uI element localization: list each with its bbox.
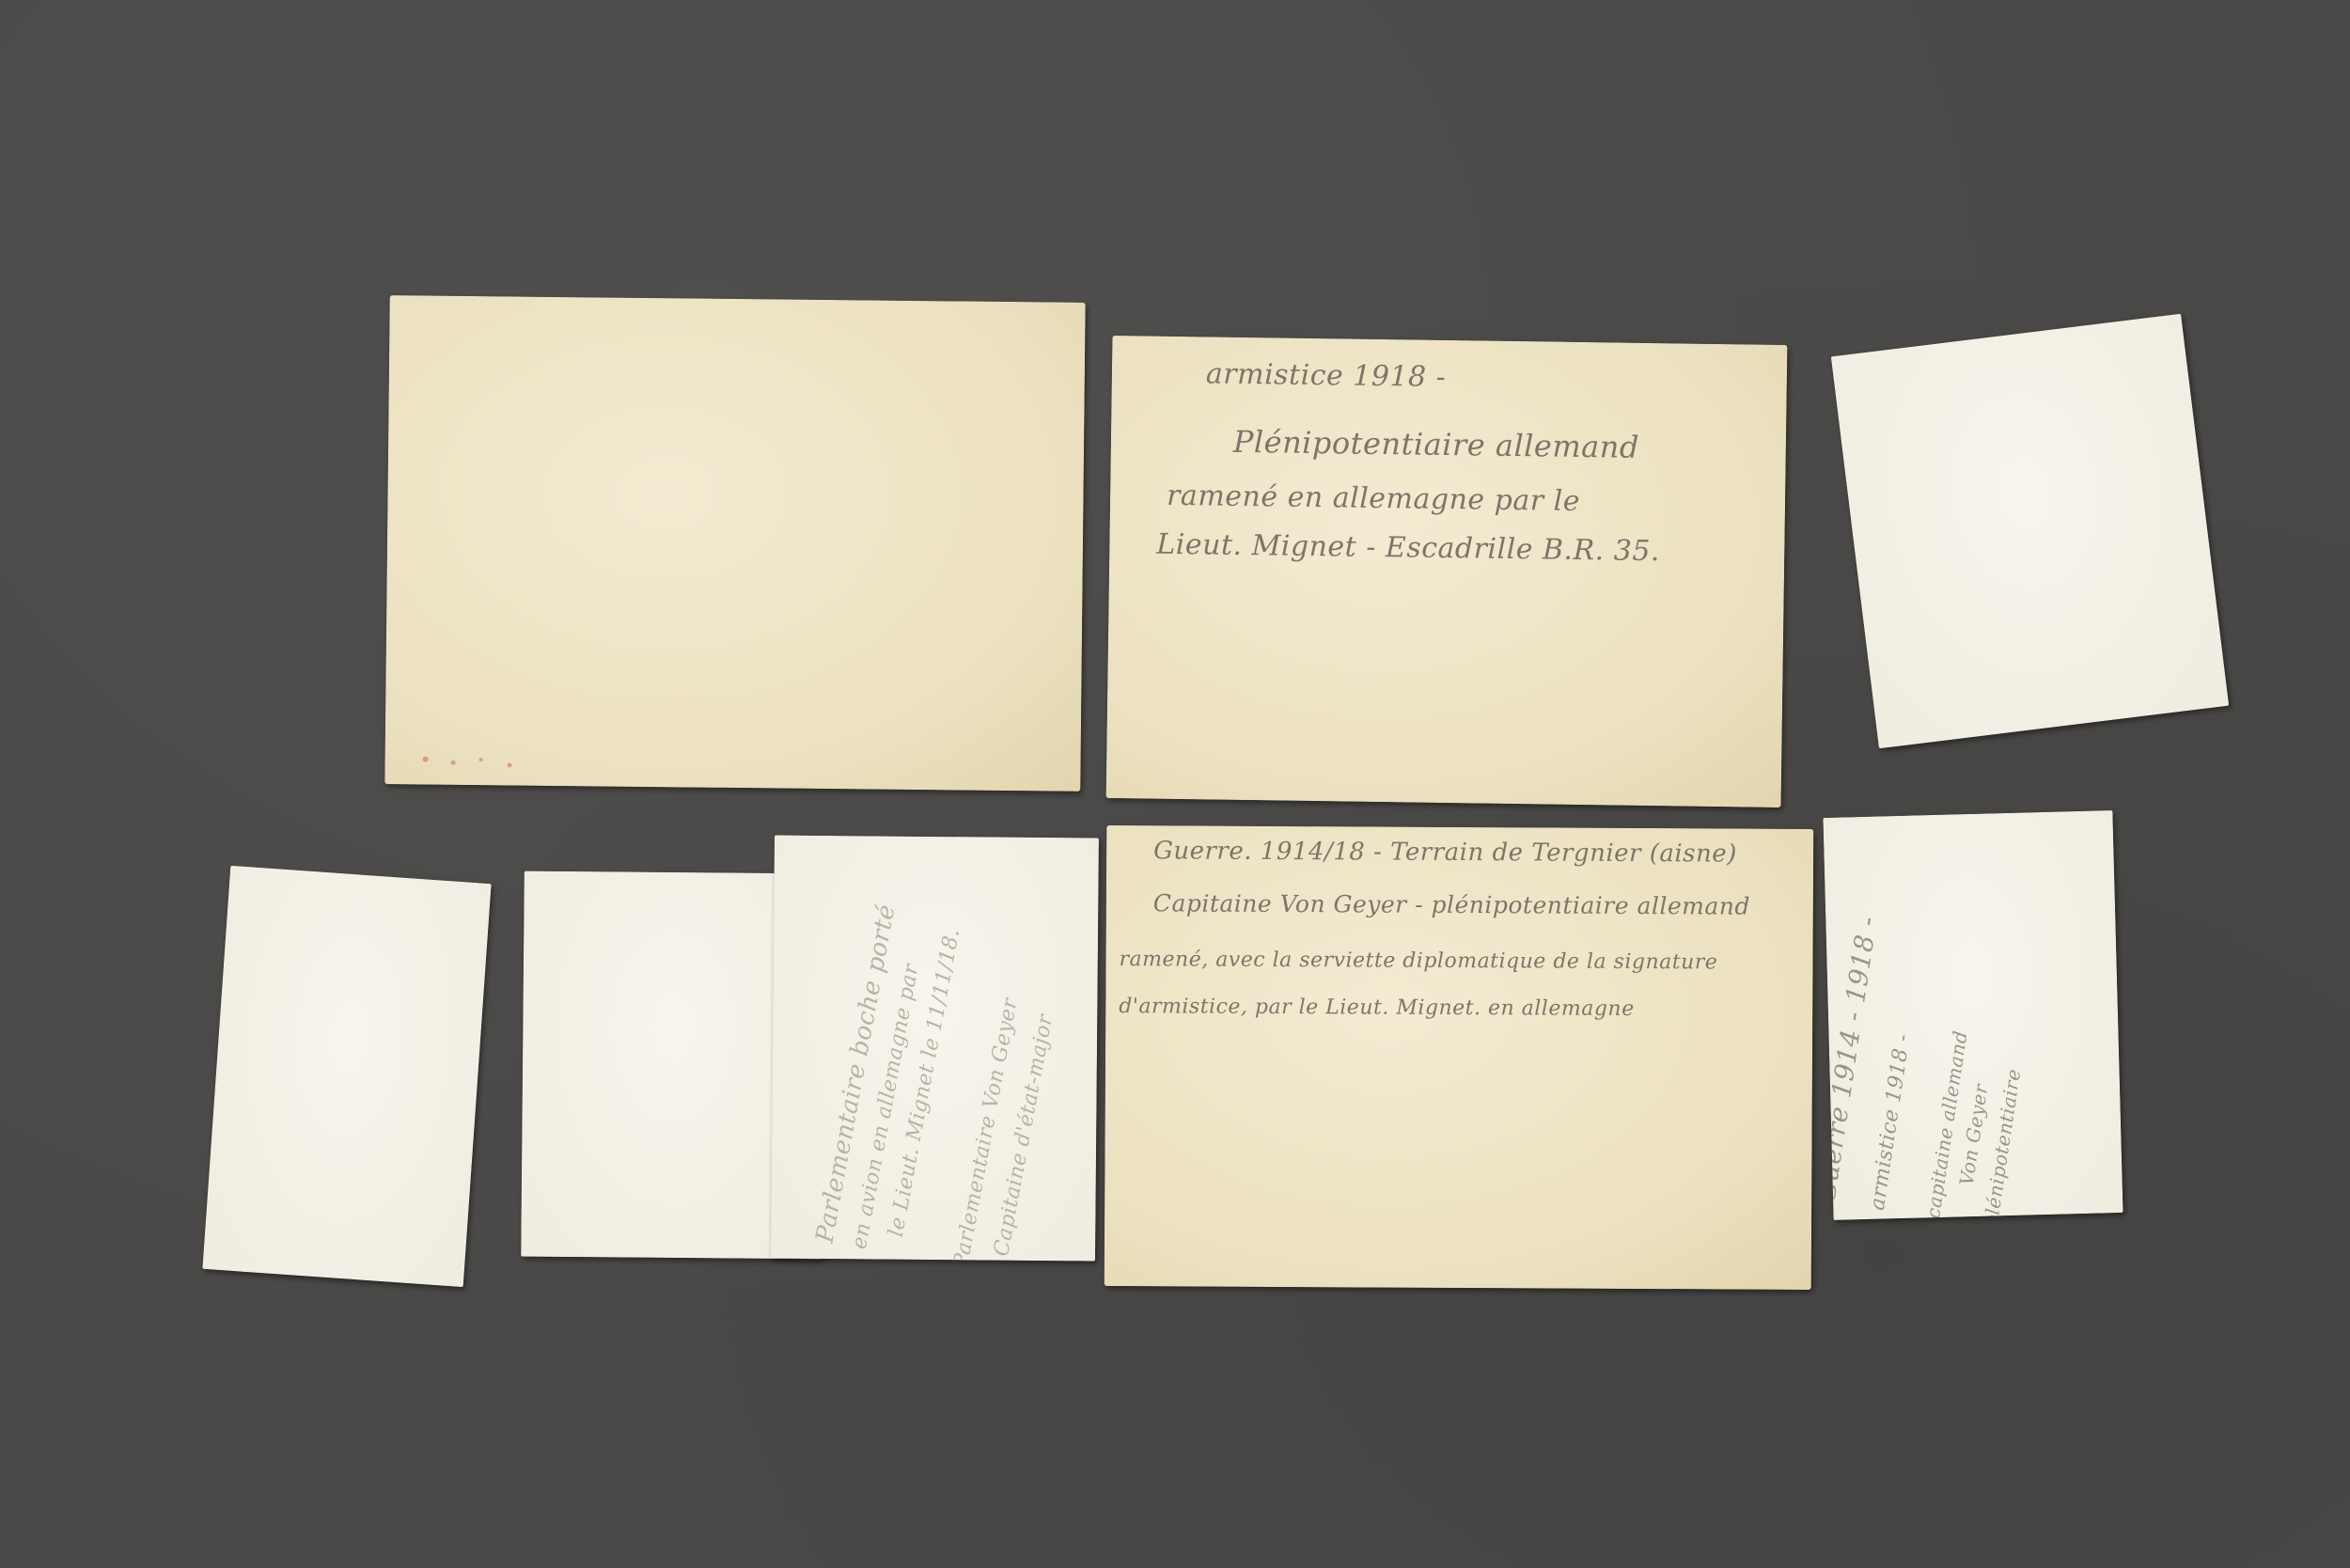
handwritten-note-line: armistice 1918 - <box>1206 357 1447 394</box>
photo-back-bottom-right: Guerre 1914 - 1918 - armistice 1918 - ca… <box>1823 810 2123 1220</box>
rotated-note-block: Guerre 1914 - 1918 - armistice 1918 - ca… <box>1875 820 2027 1220</box>
photo-back-bottom-center-left: Parlementaire boche porté en avion en al… <box>771 836 1099 1262</box>
handwritten-note-line: Capitaine Von Geyer - plénipotentiaire a… <box>1153 889 1750 919</box>
red-stain <box>507 762 511 767</box>
photo-back-bottom-center: Guerre. 1914/18 - Terrain de Tergnier (a… <box>1104 825 1814 1290</box>
handwritten-note-line: Guerre. 1914/18 - Terrain de Tergnier (a… <box>1153 837 1737 868</box>
handwritten-note-line: d'armistice, par le Lieut. Mignet. en al… <box>1119 995 1634 1021</box>
photo-back-top-left <box>384 295 1085 792</box>
handwritten-note-line: ramené, avec la serviette diplomatique d… <box>1119 948 1717 974</box>
red-stain <box>423 757 429 762</box>
handwritten-note-line: ramené en allemagne par le <box>1167 479 1580 518</box>
red-stain <box>479 758 483 761</box>
rotated-note-block: Parlementaire boche porté en avion en al… <box>848 836 1026 1262</box>
photo-back-bottom-left-1 <box>202 866 491 1287</box>
handwritten-note-line: Lieut. Mignet - Escadrille B.R. 35. <box>1156 528 1660 568</box>
handwritten-note-line: Plénipotentiaire allemand <box>1233 424 1640 465</box>
handwritten-note-line: armistice 1918 - <box>1866 1032 1916 1212</box>
photo-back-top-right <box>1831 314 2229 749</box>
red-stain <box>451 760 456 765</box>
photo-back-top-center: armistice 1918 - Plénipotentiaire allema… <box>1106 336 1788 808</box>
